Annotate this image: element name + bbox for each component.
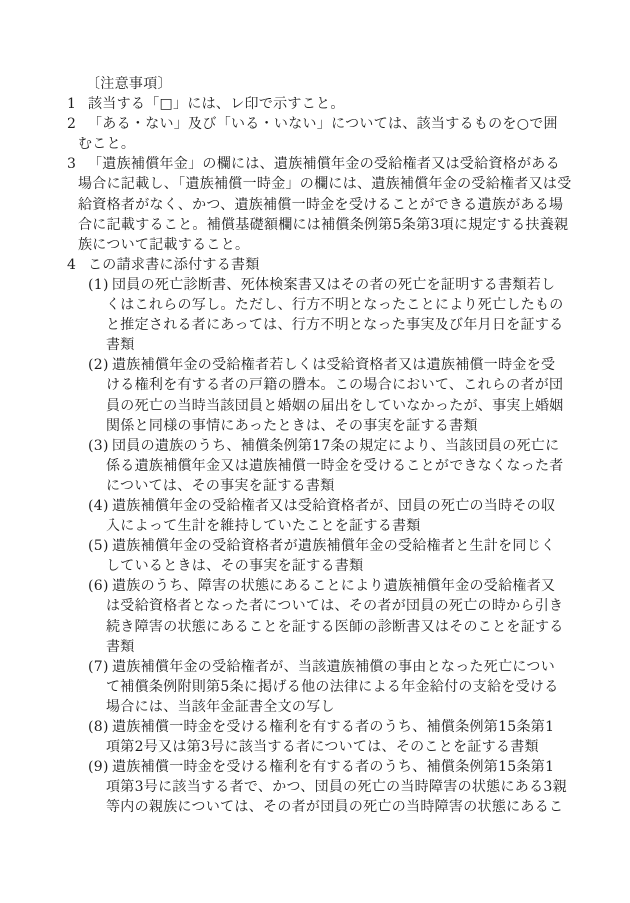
attachment-number: (6) <box>88 576 112 596</box>
attachment-line: (1)団員の死亡診断書、死体検案書又はその者の死亡を証明する書類若し <box>88 275 607 295</box>
attachment-line: (7)遺族補償年金の受給権者が、当該遺族補償の事由となった死亡につい <box>88 657 607 677</box>
attachment-number: (4) <box>88 496 112 516</box>
attachment-line: 項第3号に該当する者で、かつ、団員の死亡の当時障害の状態にある3親 <box>88 777 607 797</box>
attachment-line: (4)遺族補償年金の受給権者又は受給資格者が、団員の死亡の当時その収 <box>88 496 607 516</box>
note-number: 1 <box>67 94 88 114</box>
attachment-line: (8)遺族補償一時金を受ける権利を有する者のうち、補償条例第15条第1 <box>88 717 607 737</box>
attachment-line: (6)遺族のうち、障害の状態にあることにより遺族補償年金の受給権者又 <box>88 576 607 596</box>
note-number: 2 <box>67 114 88 134</box>
attachment-line: 入によって生計を維持していたことを証する書類 <box>88 516 607 536</box>
note-text: この請求書に添付する書類 <box>88 257 260 273</box>
note-line: 合に記載すること。補償基礎額欄には補償条例第5条第3項に規定する扶養親 <box>67 215 607 235</box>
note-item-4: 4この請求書に添付する書類 <box>67 255 607 275</box>
attachment-line: 項第2号又は第3号に該当する者については、そのことを証する書類 <box>88 737 607 757</box>
attachment-item-6: (6)遺族のうち、障害の状態にあることにより遺族補償年金の受給権者又 は受給資格… <box>88 576 607 656</box>
attachment-line: 員の死亡の当時当該団員と婚姻の届出をしていなかったが、事実上婚姻 <box>88 396 607 416</box>
attachment-line: 書類 <box>88 637 607 657</box>
note-line: 場合に記載し、「遺族補償一時金」の欄には、遺族補償年金の受給権者又は受 <box>67 174 607 194</box>
note-item-2: 2「ある・ない」及び「いる・いない」については、該当するものを○で囲 むこと。 <box>67 114 607 154</box>
notes-list: 1該当する「□」には、レ印で示すこと。 2「ある・ない」及び「いる・いない」につ… <box>67 94 607 275</box>
attachment-line: て補償条例附則第5条に掲げる他の法律による年金給付の支給を受ける <box>88 677 607 697</box>
attachment-item-4: (4)遺族補償年金の受給権者又は受給資格者が、団員の死亡の当時その収 入によって… <box>88 496 607 536</box>
attachment-item-5: (5)遺族補償年金の受給資格者が遺族補償年金の受給権者と生計を同じく していると… <box>88 536 607 576</box>
attachment-number: (7) <box>88 657 112 677</box>
attachment-list: (1)団員の死亡診断書、死体検案書又はその者の死亡を証明する書類若し くはこれら… <box>88 275 607 818</box>
note-line: 3「遺族補償年金」の欄には、遺族補償年金の受給権者又は受給資格がある <box>67 154 607 174</box>
attachment-number: (3) <box>88 436 112 456</box>
attachment-line: (9)遺族補償一時金を受ける権利を有する者のうち、補償条例第15条第1 <box>88 757 607 777</box>
note-text: 該当する「□」には、レ印で示すこと。 <box>88 96 345 112</box>
attachment-text: 団員の死亡診断書、死体検案書又はその者の死亡を証明する書類若し <box>112 277 555 293</box>
attachment-item-1: (1)団員の死亡診断書、死体検案書又はその者の死亡を証明する書類若し くはこれら… <box>88 275 607 355</box>
note-number: 4 <box>67 255 88 275</box>
note-text: 「ある・ない」及び「いる・いない」については、該当するものを○で囲 <box>88 116 558 132</box>
attachment-item-3: (3)団員の遺族のうち、補償条例第17条の規定により、当該団員の死亡に 係る遺族… <box>88 436 607 496</box>
attachment-line: 場合には、当該年金証書全文の写し <box>88 697 607 717</box>
note-item-1: 1該当する「□」には、レ印で示すこと。 <box>67 94 607 114</box>
note-line: 2「ある・ない」及び「いる・いない」については、該当するものを○で囲 <box>67 114 607 134</box>
attachment-number: (1) <box>88 275 112 295</box>
attachment-text: 遺族補償年金の受給権者が、当該遺族補償の事由となった死亡につい <box>112 659 555 675</box>
attachment-number: (8) <box>88 717 112 737</box>
attachment-text: 遺族補償年金の受給権者又は受給資格者が、団員の死亡の当時その収 <box>112 498 555 514</box>
attachment-number: (9) <box>88 757 112 777</box>
attachment-line: と推定される者にあっては、行方不明となった事実及び年月日を証する <box>88 315 607 335</box>
note-line: 族について記載すること。 <box>67 235 607 255</box>
attachment-text: 遺族補償年金の受給資格者が遺族補償年金の受給権者と生計を同じく <box>112 538 555 554</box>
document-page: 〔注意事項〕 1該当する「□」には、レ印で示すこと。 2「ある・ない」及び「いる… <box>67 74 607 817</box>
note-line: 1該当する「□」には、レ印で示すこと。 <box>67 94 607 114</box>
note-line: むこと。 <box>67 134 607 154</box>
attachment-line: 続き障害の状態にあることを証する医師の診断書又はそのことを証する <box>88 617 607 637</box>
attachment-text: 遺族補償年金の受給権者若しくは受給資格者又は遺族補償一時金を受 <box>112 357 555 373</box>
attachment-number: (2) <box>88 355 112 375</box>
note-text: 「遺族補償年金」の欄には、遺族補償年金の受給権者又は受給資格がある <box>88 156 560 172</box>
attachment-line: (3)団員の遺族のうち、補償条例第17条の規定により、当該団員の死亡に <box>88 436 607 456</box>
attachment-line: 書類 <box>88 335 607 355</box>
note-number: 3 <box>67 154 88 174</box>
attachment-text: 遺族のうち、障害の状態にあることにより遺族補償年金の受給権者又 <box>112 578 555 594</box>
note-line: 4この請求書に添付する書類 <box>67 255 607 275</box>
attachment-item-7: (7)遺族補償年金の受給権者が、当該遺族補償の事由となった死亡につい て補償条例… <box>88 657 607 717</box>
attachment-number: (5) <box>88 536 112 556</box>
note-item-3: 3「遺族補償年金」の欄には、遺族補償年金の受給権者又は受給資格がある 場合に記載… <box>67 154 607 254</box>
attachment-line: 関係と同様の事情にあったときは、その事実を証する書類 <box>88 416 607 436</box>
attachment-line: 等内の親族については、その者が団員の死亡の当時障害の状態にあるこ <box>88 797 607 817</box>
attachment-line: (2)遺族補償年金の受給権者若しくは受給資格者又は遺族補償一時金を受 <box>88 355 607 375</box>
attachment-line: は受給資格者となった者については、その者が団員の死亡の時から引き <box>88 596 607 616</box>
attachment-line: (5)遺族補償年金の受給資格者が遺族補償年金の受給権者と生計を同じく <box>88 536 607 556</box>
notes-title: 〔注意事項〕 <box>86 74 607 94</box>
attachment-item-8: (8)遺族補償一時金を受ける権利を有する者のうち、補償条例第15条第1 項第2号… <box>88 717 607 757</box>
attachment-line: ける権利を有する者の戸籍の謄本。この場合において、これらの者が団 <box>88 375 607 395</box>
attachment-text: 遺族補償一時金を受ける権利を有する者のうち、補償条例第15条第1 <box>112 719 554 735</box>
attachment-text: 遺族補償一時金を受ける権利を有する者のうち、補償条例第15条第1 <box>112 759 554 775</box>
attachment-text: 団員の遺族のうち、補償条例第17条の規定により、当該団員の死亡に <box>112 438 559 454</box>
attachment-line: くはこれらの写し。ただし、行方不明となったことにより死亡したもの <box>88 295 607 315</box>
note-line: 給資格者がなく、かつ、遺族補償一時金を受けることができる遺族がある場 <box>67 195 607 215</box>
attachment-item-2: (2)遺族補償年金の受給権者若しくは受給資格者又は遺族補償一時金を受 ける権利を… <box>88 355 607 435</box>
attachment-line: 係る遺族補償年金又は遺族補償一時金を受けることができなくなった者 <box>88 456 607 476</box>
attachment-line: については、その事実を証する書類 <box>88 476 607 496</box>
attachment-line: しているときは、その事実を証する書類 <box>88 556 607 576</box>
attachment-item-9: (9)遺族補償一時金を受ける権利を有する者のうち、補償条例第15条第1 項第3号… <box>88 757 607 817</box>
